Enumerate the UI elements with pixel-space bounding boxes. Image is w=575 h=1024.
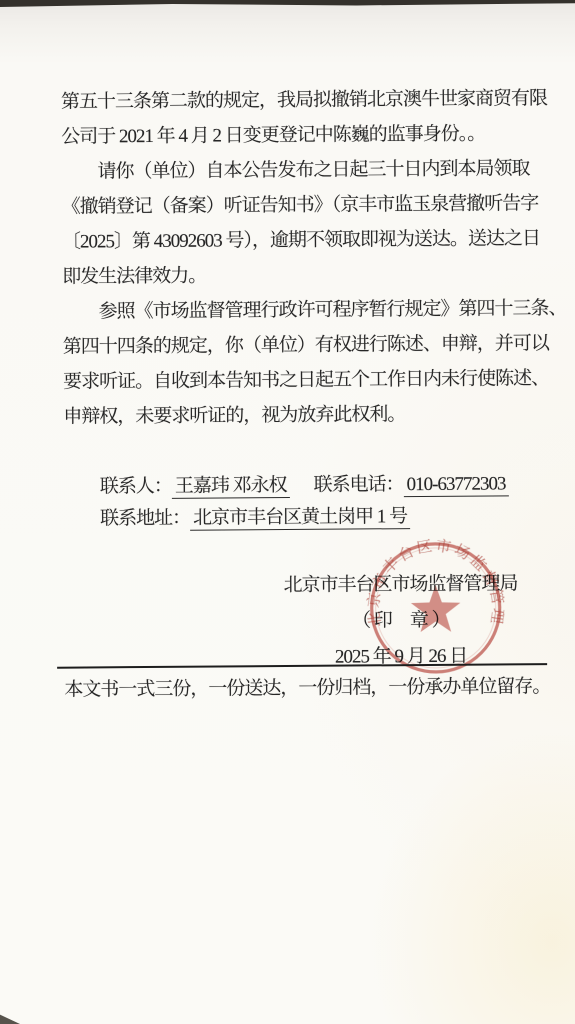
body-line: 即发生法律效力。 <box>62 256 557 295</box>
document-content: 第五十三条第二款的规定，我局拟撤销北京澳牛世家商贸有限 公司于 2021 年 4… <box>0 0 575 1024</box>
notice-body: 第五十三条第二款的规定，我局拟撤销北京澳牛世家商贸有限 公司于 2021 年 4… <box>61 81 559 435</box>
body-line: 〔2025〕第 43092603 号），逾期不领取即视为送达。送达之日 <box>62 221 557 260</box>
body-line: 请你（单位）自本公告发布之日起三十日内到本局领取 <box>61 151 556 190</box>
body-line: 第四十四条的规定，你（单位）有权进行陈述、申辩，并可以 <box>63 326 558 365</box>
contact-address-label: 联系地址： <box>100 508 190 530</box>
body-line: 申辩权，未要求听证的，视为放弃此权利。 <box>63 396 558 435</box>
contact-address-value: 北京市丰台区黄土岗甲 1 号 <box>190 506 410 531</box>
contact-phone-label: 联系电话： <box>314 474 404 496</box>
official-seal-stamp: 北京市丰台区市场监督管理局 <box>360 533 511 684</box>
copies-note: 本文书一式三份，一份送达，一份归档，一份承办单位留存。 <box>64 670 569 707</box>
contact-person-label: 联系人： <box>100 476 172 498</box>
scanned-notice-document: 第五十三条第二款的规定，我局拟撤销北京澳牛世家商贸有限 公司于 2021 年 4… <box>0 0 575 1024</box>
body-line: 第五十三条第二款的规定，我局拟撤销北京澳牛世家商贸有限 <box>61 81 556 120</box>
body-line: 《撤销登记（备案）听证告知书》（京丰市监玉泉营撤听告字 <box>62 186 557 225</box>
contact-person-row: 联系人：王嘉玮 邓永权联系电话：010-63772303 <box>100 468 509 503</box>
body-line: 公司于 2021 年 4 月 2 日变更登记中陈巍的监事身份。。 <box>61 116 556 155</box>
contact-phone-number: 010-63772303 <box>404 473 509 497</box>
contact-block: 联系人：王嘉玮 邓永权联系电话：010-63772303 联系地址：北京市丰台区… <box>100 468 509 535</box>
contact-person-names: 王嘉玮 邓永权 <box>172 475 290 499</box>
seal-star-icon <box>411 585 461 632</box>
contact-address-row: 联系地址：北京市丰台区黄土岗甲 1 号 <box>100 500 509 535</box>
body-line: 要求听证。自收到本告知书之日起五个工作日内未行使陈述、 <box>63 361 558 400</box>
body-line: 参照《市场监督管理行政许可程序暂行规定》第四十三条、 <box>62 291 557 330</box>
